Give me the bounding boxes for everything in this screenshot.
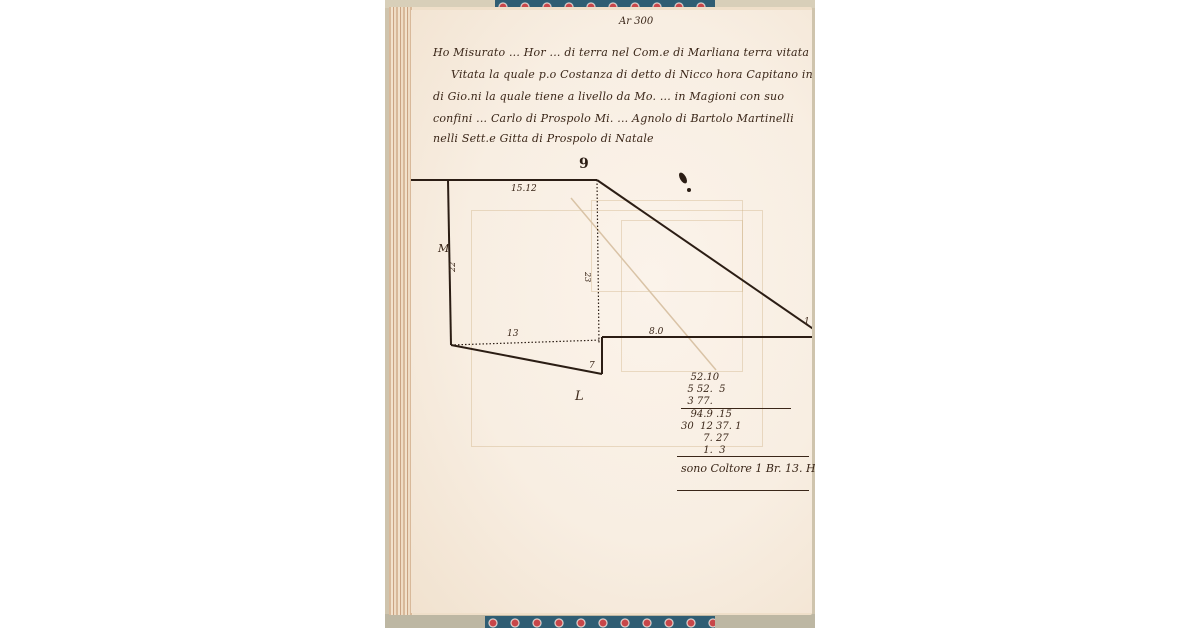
svg-text:22: 22 [448, 262, 457, 273]
svg-text:1: 1 [804, 317, 810, 327]
survey-diagram: 15.12 22 23 13 8.0 1 M 9 7 L [411, 10, 812, 613]
calc-row: 3 77. [681, 396, 791, 409]
svg-text:13: 13 [507, 329, 519, 339]
label-top-edge: 15.12 [511, 184, 537, 194]
total-rule-bottom [677, 490, 809, 491]
page-edges [389, 7, 413, 615]
manuscript-scan: Ar 300 Ho Misurato ... Hor ... di terra … [385, 0, 815, 628]
calculation-column: 52.10 5 52. 5 3 77. 94.9 .15 30 12 37. 1… [681, 372, 791, 457]
calc-row: 7. 27 [681, 433, 791, 445]
bottom-binding-cloth [485, 616, 715, 628]
total-area: sono Coltore 1 Br. 13. Hor 3. 1 [681, 462, 815, 475]
svg-text:L: L [574, 389, 584, 404]
calc-row: 52.10 [681, 372, 791, 384]
svg-text:9: 9 [579, 156, 589, 172]
manuscript-page: Ar 300 Ho Misurato ... Hor ... di terra … [411, 10, 812, 613]
calc-row: 30 12 37. 1 [681, 421, 791, 433]
svg-text:8.0: 8.0 [649, 327, 664, 337]
svg-text:7: 7 [589, 361, 595, 371]
total-rule-top [677, 456, 809, 457]
calc-row: 94.9 .15 [681, 409, 791, 421]
svg-text:M: M [437, 242, 450, 255]
svg-text:23: 23 [583, 271, 592, 282]
calc-row: 5 52. 5 [681, 384, 791, 396]
